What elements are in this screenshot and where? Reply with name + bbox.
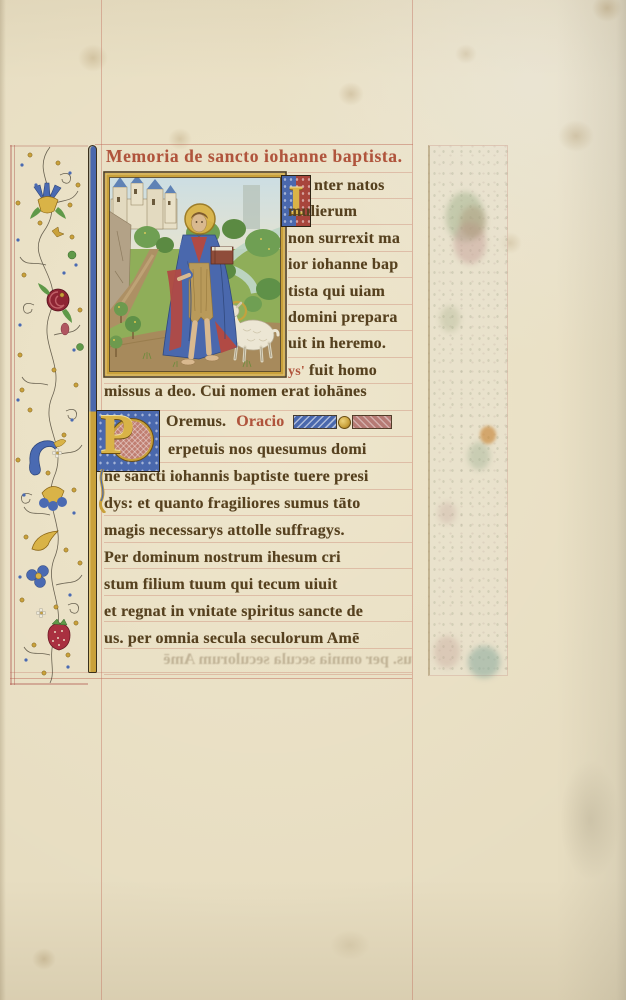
blue-acanthus-gold-tip [54, 439, 66, 447]
ruling-line-horizontal [104, 674, 412, 675]
foxing-stain [78, 44, 108, 72]
foxing-stain [330, 930, 370, 960]
pink-bud [61, 323, 69, 335]
line-filler-mauve [352, 415, 392, 429]
foxing-stain [558, 120, 594, 152]
foxing-stain [560, 760, 620, 880]
bar-border [88, 145, 97, 673]
response-line: missus a deo. Cui nomen erat iohānes [104, 383, 367, 401]
line-filler-gold-dot [338, 416, 351, 429]
text-line: stum filium tuum qui tecum uiuit [104, 571, 369, 598]
versicle-text: fuit homo [309, 362, 377, 379]
ruling-line-top [95, 144, 413, 145]
vellum-page: Memoria de sancto iohanne baptista. [0, 0, 626, 1000]
antiphon-text-column: nter natos mulierum non surrexit ma ior … [288, 173, 400, 385]
green-bud [77, 344, 84, 351]
gold-dome-flower [39, 486, 67, 511]
show-through-blob [468, 442, 490, 470]
miniature-saint-john-baptist [103, 171, 287, 378]
strawberry [48, 619, 70, 650]
line-filler [293, 416, 392, 429]
show-through-rust-stain [480, 426, 496, 444]
oracio-rubric: Oracio [236, 413, 284, 431]
thistle-flower [30, 183, 66, 219]
ruling-line-vertical-right [412, 0, 413, 1000]
oremus-line: Oremus. Oracio [166, 409, 392, 435]
text-line: tista qui uiam [288, 279, 400, 305]
vine-tendrils [20, 147, 82, 683]
foxing-stain [338, 82, 364, 106]
text-line: et regnat in vnitate spiritus sancte de [104, 598, 369, 625]
floral-border-art [10, 145, 88, 685]
versicle-marker: ys' [288, 364, 305, 379]
text-line: magis necessarys attolle suffragys. [104, 517, 369, 544]
verso-show-through-border [428, 145, 508, 676]
illuminated-floral-border [10, 145, 88, 685]
white-daisy [36, 608, 46, 618]
show-through-blob [440, 306, 460, 332]
miniature-art [103, 171, 287, 378]
text-line: domini prepara [288, 305, 400, 331]
line-filler-blue [293, 415, 337, 429]
distant-tower [243, 185, 260, 229]
gold-pod [32, 531, 58, 550]
show-through-blob [438, 502, 456, 524]
red-rose [38, 283, 72, 323]
show-through-blob [460, 206, 486, 238]
show-through-blob [434, 636, 460, 668]
text-line: dys: et quanto fragiliores sumus tāto [104, 490, 369, 517]
text-line: nter natos [288, 173, 400, 199]
white-daisy [52, 448, 62, 458]
versicle-line: ys'fuit homo [288, 358, 400, 385]
blue-acanthus-curl [30, 441, 57, 475]
text-line: Per dominum nostrum ihesum cri [104, 544, 369, 571]
foxing-stain [592, 0, 622, 22]
green-bud [68, 251, 76, 259]
foxing-stain [32, 948, 56, 970]
text-line: non surrexit ma [288, 226, 400, 252]
foxing-stain [455, 44, 477, 64]
rubric-heading: Memoria de sancto iohanne baptista. [106, 146, 403, 167]
text-line: mulierum [288, 199, 400, 225]
verso-show-through-text: us. per omnia secula seculorum Amē [128, 651, 412, 669]
gold-moth [52, 227, 64, 237]
face [192, 214, 207, 232]
blue-triple-flower [27, 566, 49, 588]
text-line: us. per omnia secula seculorum Amē [104, 625, 369, 652]
text-line: ne sancti iohannis baptiste tuere presi [104, 463, 369, 490]
text-line: erpetuis nos quesumus domi [104, 436, 369, 463]
oremus-text: Oremus. [166, 413, 226, 431]
prayer-text-block: erpetuis nos quesumus domi ne sancti ioh… [104, 436, 369, 652]
text-line: uit in heremo. [288, 331, 400, 357]
show-through-blob [468, 646, 500, 678]
text-line: ior iohanne bap [288, 252, 400, 278]
